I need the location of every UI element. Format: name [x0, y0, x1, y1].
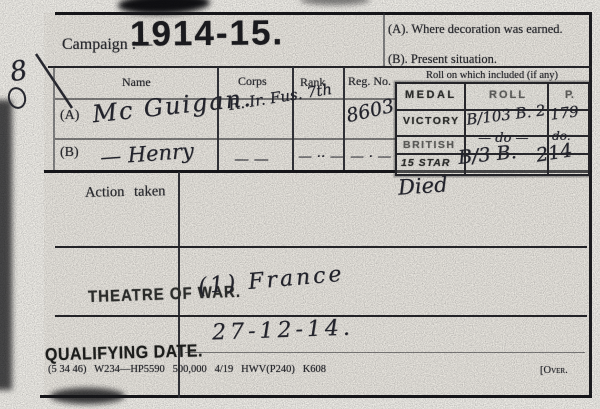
over-note: [Over.: [540, 365, 568, 376]
row-b-label: (B): [60, 145, 79, 161]
victory-page-handwritten: 179: [549, 102, 580, 123]
action-taken-label: Action taken: [85, 183, 166, 201]
legend-divider: [383, 13, 385, 67]
card-border-bottom: [40, 395, 592, 398]
medalbox-col-roll: ROLL: [489, 89, 527, 101]
scan-edge-left: [0, 100, 12, 390]
rule-under-action: [55, 246, 587, 248]
table-vline-name-corps: [217, 67, 219, 170]
table-vline-left: [53, 67, 55, 170]
printer-imprint: (5 34 46) W234—HP5590 500,000 4/19 HWV(P…: [48, 364, 326, 375]
rule-under-date: [185, 352, 585, 353]
row-a-label: (A): [60, 108, 79, 124]
medal-index-card-scan: Campaign :— 1914-15. (A). Where decorati…: [0, 0, 600, 409]
legend-a: (A). Where decoration was earned.: [388, 22, 563, 37]
qualifying-date-stamp: QUALIFYING DATE.: [45, 342, 203, 366]
row-b-corps-dashes: — —: [234, 150, 269, 168]
campaign-year-stamp: 1914-15.: [130, 13, 285, 54]
scan-smudge-top2: [300, 0, 370, 5]
col-header-regno: Reg. No.: [348, 74, 391, 89]
qualifying-date-handwritten: 27-12-14.: [212, 316, 355, 346]
row-b-regno-dashes: — · —: [350, 149, 391, 165]
table-border-top: [48, 66, 592, 68]
legend-b: (B). Present situation.: [388, 52, 497, 67]
medal-victory-label: VICTORY: [403, 115, 460, 127]
row-b-rank-dashes: — ·· —: [298, 149, 344, 165]
col-header-roll: Roll on which included (if any): [398, 70, 586, 81]
card-border-right: [589, 12, 592, 398]
action-taken-value-handwritten: Died: [397, 172, 448, 199]
medalbox-col-page: P.: [565, 89, 574, 101]
table-vline-corps-rank: [292, 67, 294, 170]
col-header-name: Name: [122, 75, 151, 90]
medal-star-label: 15 STAR: [401, 157, 450, 169]
medal-british-label: BRITISH: [403, 139, 456, 151]
medalbox-col-medal: MEDAL: [405, 89, 457, 101]
